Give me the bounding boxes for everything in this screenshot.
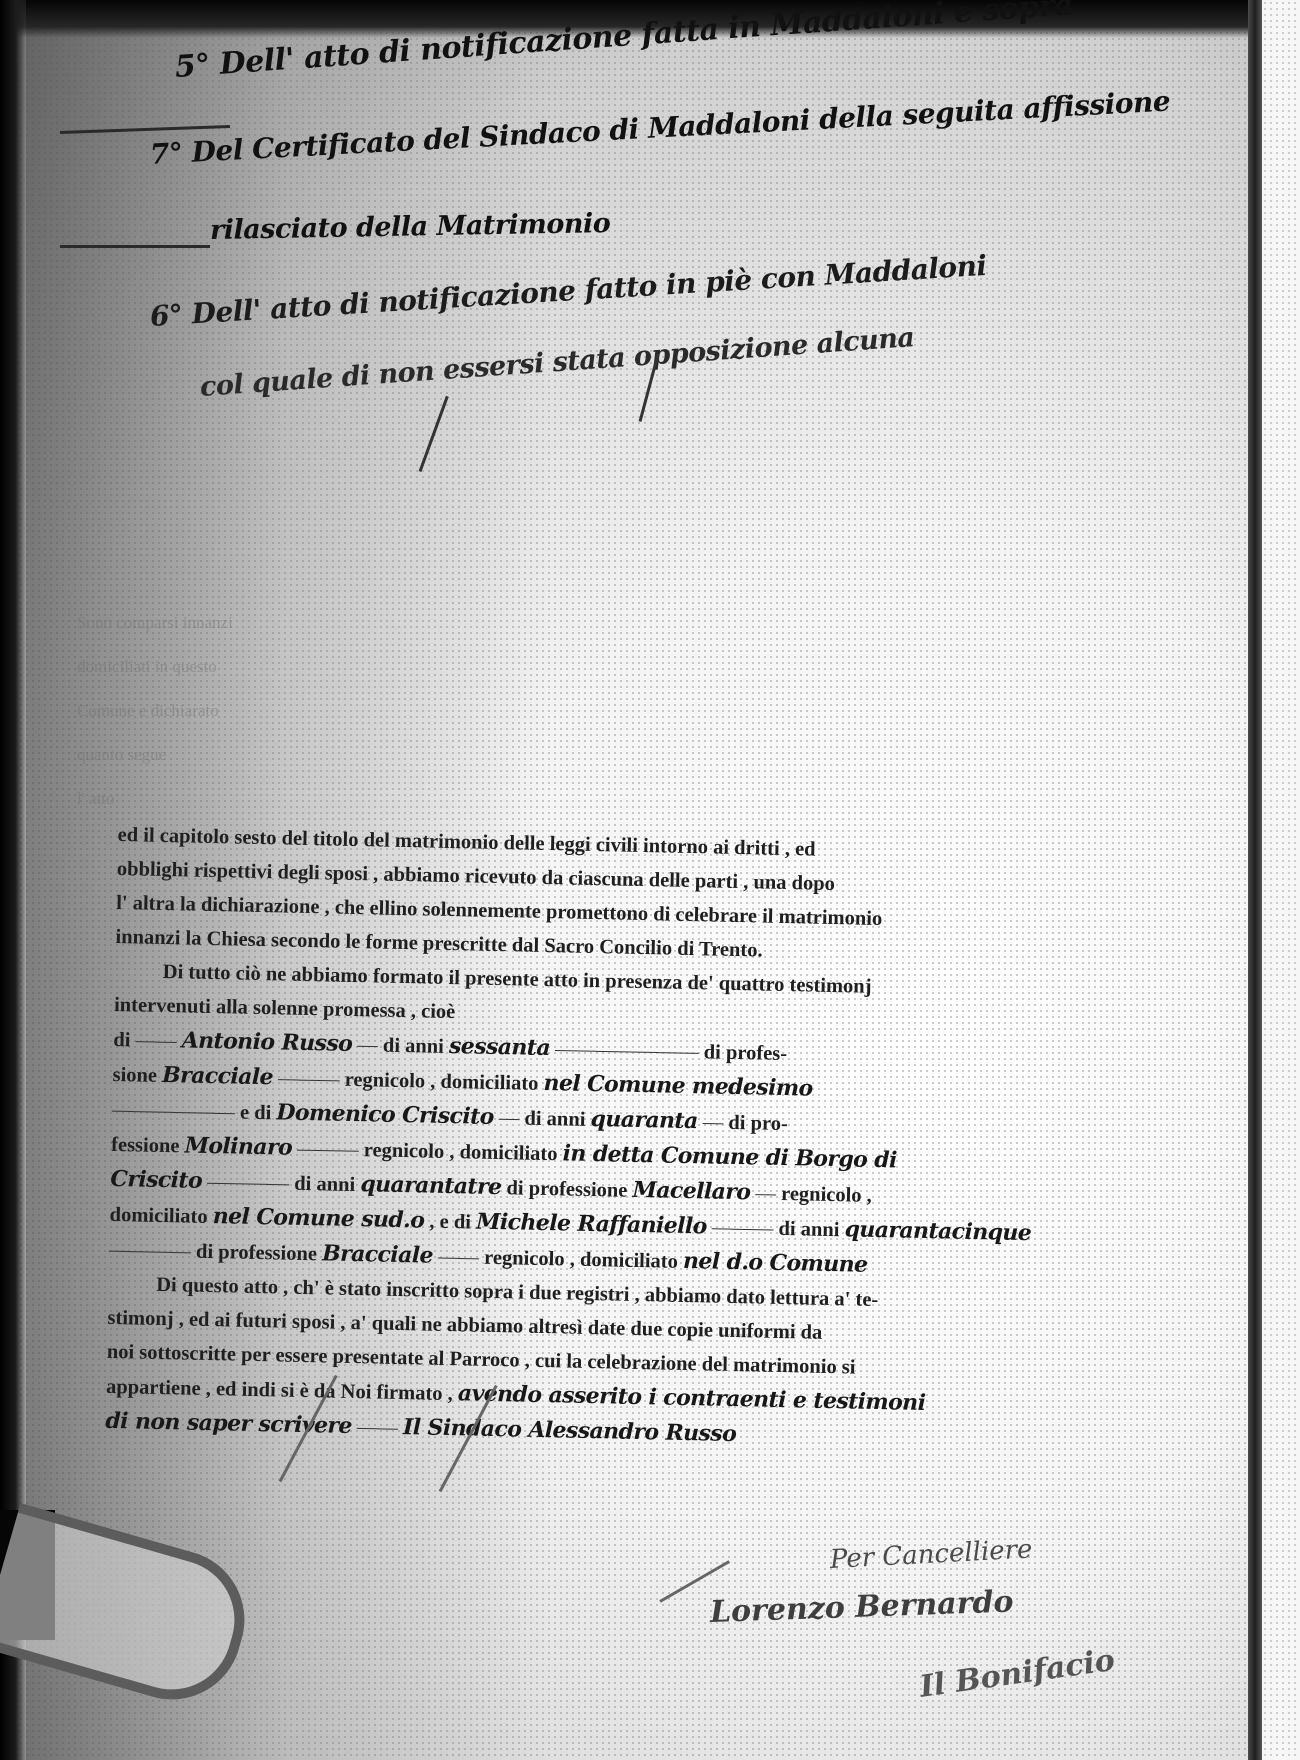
witness-3-age: quarantatre	[360, 1171, 502, 1200]
binding-edge	[0, 0, 26, 1760]
label: , e di	[429, 1211, 471, 1234]
dash: ———	[712, 1217, 774, 1240]
signature-3: Il Bonifacio	[918, 1643, 1117, 1705]
witness-4-name: Michele Raffaniello	[476, 1209, 707, 1240]
witness-2-name: Domenico Criscito	[276, 1099, 494, 1130]
ghost-line: domiciliati in questo	[77, 657, 217, 676]
document-page: Sono comparsi innanzi domiciliati in que…	[0, 0, 1300, 1760]
label: fessione	[111, 1134, 180, 1157]
witness-1-age: sessanta	[449, 1033, 551, 1061]
dash: ——————	[112, 1099, 235, 1124]
dash: —	[703, 1111, 724, 1133]
signature-2: Lorenzo Bernardo	[709, 1584, 1014, 1630]
label: di anni	[383, 1035, 444, 1058]
bleed-through-text: Sono comparsi innanzi domiciliati in que…	[60, 590, 233, 832]
witness-3-name: Criscito	[110, 1166, 202, 1194]
label: di anni	[294, 1173, 355, 1196]
witness-4-profession: Bracciale	[322, 1240, 433, 1268]
witness-4-residence: nel d.o Comune	[683, 1248, 868, 1278]
label: regnicolo , domiciliato	[344, 1069, 538, 1095]
signature-cancelliere: Per Cancelliere	[829, 1534, 1033, 1575]
label: di anni	[524, 1108, 585, 1131]
ghost-line: l' atto	[77, 789, 115, 808]
witness-2-age: quaranta	[590, 1106, 698, 1134]
dash: —	[499, 1107, 520, 1129]
label: domiciliato	[109, 1204, 207, 1228]
label: di professione	[506, 1177, 627, 1202]
label: di profes-	[704, 1041, 788, 1065]
handwritten-note: avendo asserito i contraenti e testimoni	[458, 1380, 926, 1416]
ghost-line: Comune e dichiarato	[77, 701, 219, 720]
dash: —	[755, 1182, 776, 1204]
printed-form-body: ed il capitolo sesto del titolo del matr…	[105, 818, 1178, 1461]
closing-text: appartiene , ed indi si è da Noi firmato…	[106, 1376, 453, 1405]
ghost-line: Sono comparsi innanzi	[77, 613, 233, 632]
label: regnicolo , domiciliato	[484, 1247, 678, 1273]
label: e di	[240, 1102, 272, 1125]
label: di pro-	[728, 1112, 788, 1135]
ghost-line: quanto segue	[77, 745, 166, 764]
witness-2-residence: in detta Comune di Borgo di	[562, 1140, 897, 1173]
label: regnicolo ,	[781, 1183, 872, 1207]
page-right-edge	[1248, 0, 1262, 1760]
dash: ———————	[555, 1038, 699, 1063]
dash: —	[357, 1034, 378, 1056]
mayor-signature: Il Sindaco Alessandro Russo	[403, 1414, 737, 1447]
label: regnicolo , domiciliato	[364, 1139, 558, 1165]
witness-3-profession: Macellaro	[632, 1177, 750, 1205]
dash: ————	[207, 1171, 289, 1195]
label: di	[113, 1029, 131, 1051]
dash: ———	[297, 1138, 359, 1161]
dash: ——	[135, 1029, 176, 1052]
pen-line	[60, 245, 210, 248]
witness-2-profession: Molinaro	[184, 1132, 292, 1160]
handwritten-entry-7-cont: rilasciato della Matrimonio	[210, 208, 611, 246]
dash: ————	[109, 1239, 191, 1263]
scan-right-margin	[1262, 0, 1300, 1760]
dash: ——	[438, 1246, 479, 1269]
label: sione	[112, 1064, 157, 1087]
dash: ——	[357, 1416, 398, 1439]
label: di professione	[196, 1241, 317, 1266]
witness-4-age: quarantacinque	[844, 1216, 1031, 1246]
witness-1-name: Antonio Russo	[181, 1027, 352, 1057]
witness-3-residence: nel Comune sud.o	[212, 1203, 424, 1233]
witness-1-profession: Bracciale	[162, 1062, 273, 1090]
dash: ———	[278, 1067, 340, 1090]
label: di anni	[778, 1218, 839, 1241]
witness-1-residence: nel Comune medesimo	[543, 1070, 813, 1102]
